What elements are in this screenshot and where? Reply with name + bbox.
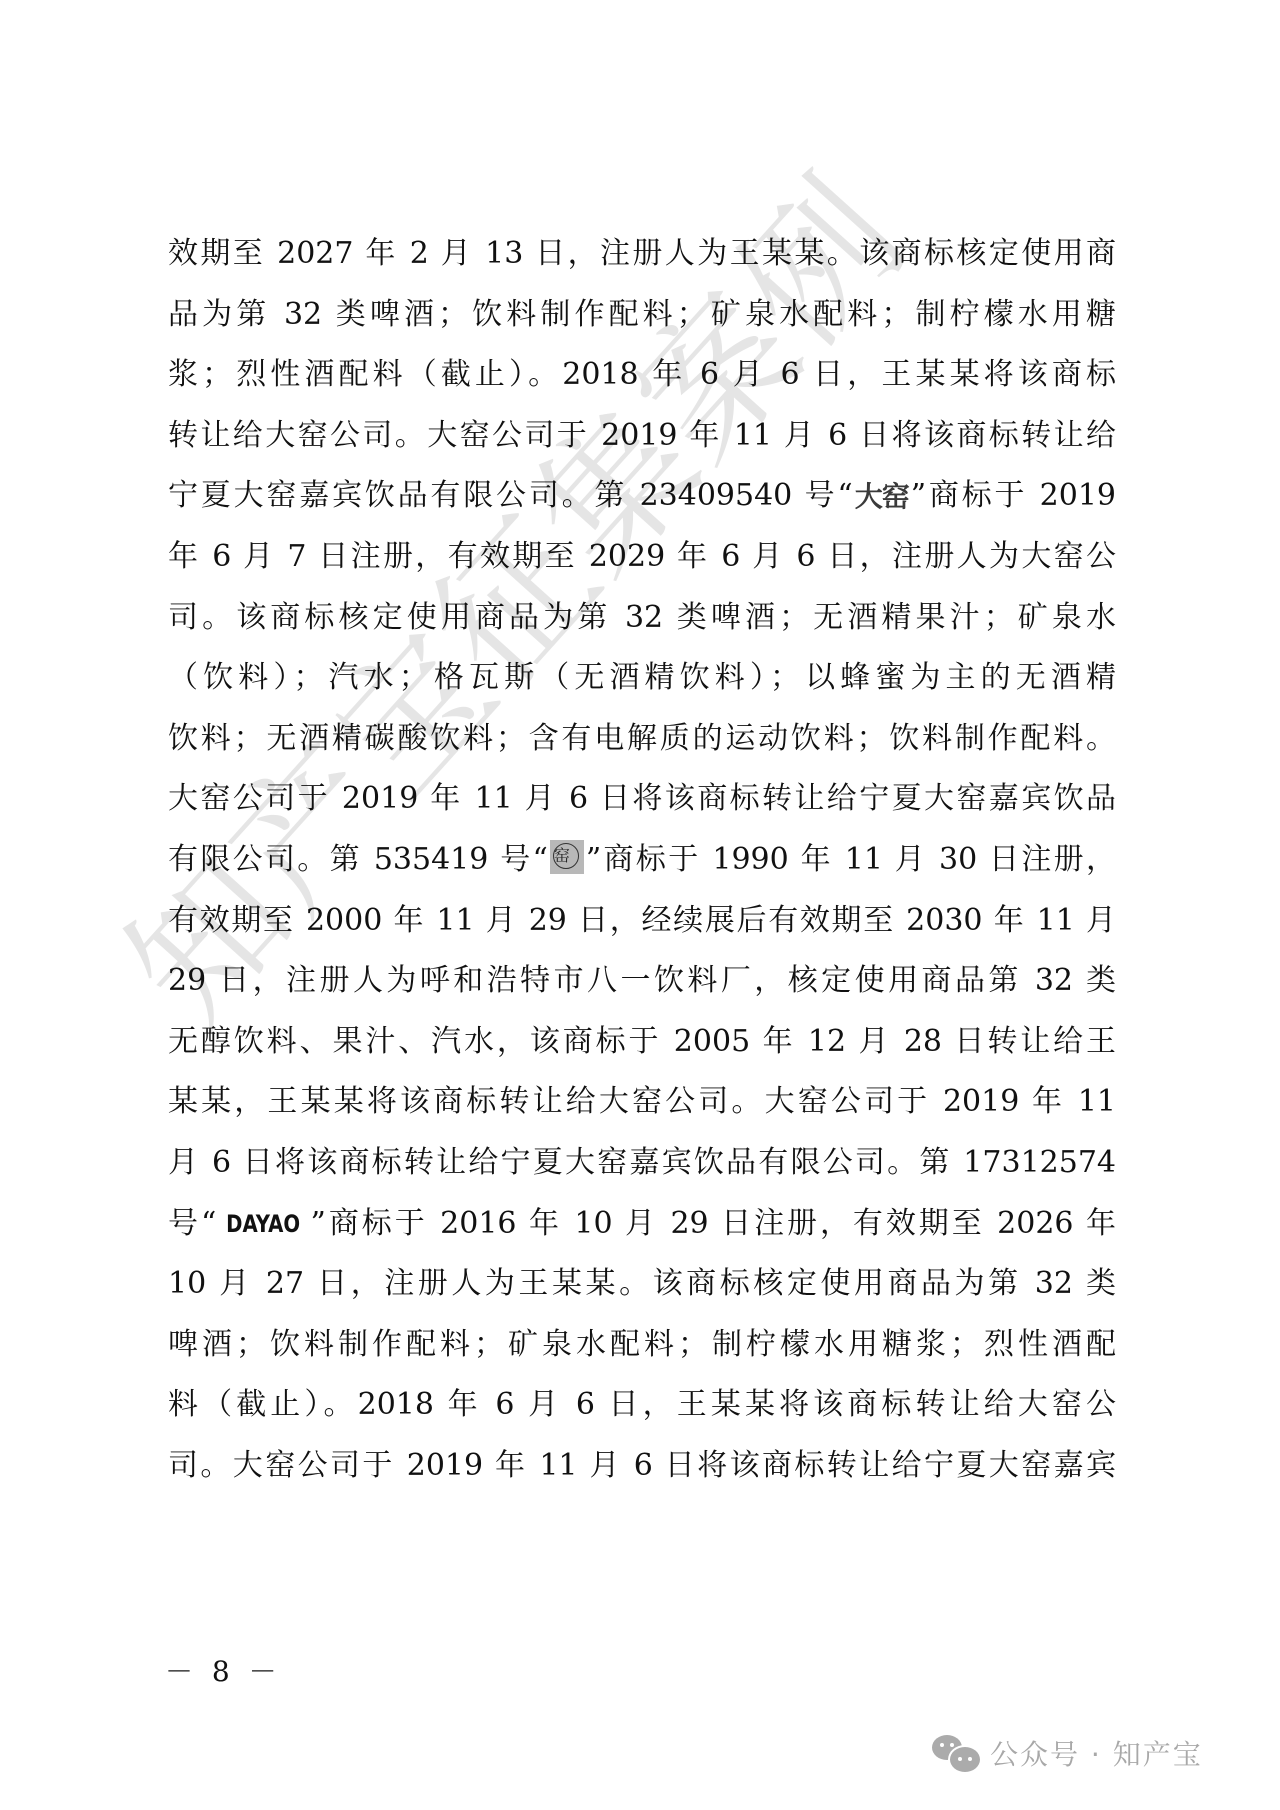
text-line: 宁夏大窑嘉宾饮品有限公司。第 23409540 号“大窑”商标于 2019 xyxy=(168,466,1116,527)
trademark-image-seal: 窑 xyxy=(550,840,584,874)
text-line: 号“DAYAO”商标于 2016 年 10 月 29 日注册，有效期至 2026… xyxy=(168,1194,1116,1255)
body-paragraph: 效期至 2027 年 2 月 13 日，注册人为王某某。该商标核定使用商 品为第… xyxy=(168,224,1116,1496)
text-line: 料（截止）。2018 年 6 月 6 日，王某某将该商标转让给大窑公 xyxy=(168,1375,1116,1436)
trademark-image-dayao-chinese: 大窑 xyxy=(855,481,909,513)
text-line: 司。大窑公司于 2019 年 11 月 6 日将该商标转让给宁夏大窑嘉宾 xyxy=(168,1436,1116,1497)
text-line: 有效期至 2000 年 11 月 29 日，经续展后有效期至 2030 年 11… xyxy=(168,891,1116,952)
wechat-account-footer: 公众号 · 知产宝 xyxy=(932,1733,1203,1773)
footer-account-name: 公众号 · 知产宝 xyxy=(990,1733,1203,1773)
text-line: 无醇饮料、果汁、汽水，该商标于 2005 年 12 月 28 日转让给王 xyxy=(168,1012,1116,1073)
text-line: 啤酒；饮料制作配料；矿泉水配料；制柠檬水用糖浆；烈性酒配 xyxy=(168,1315,1116,1376)
text-line: 饮料；无酒精碳酸饮料；含有电解质的运动饮料；饮料制作配料。 xyxy=(168,709,1116,770)
wechat-icon xyxy=(932,1733,980,1773)
text-line: 司。该商标核定使用商品为第 32 类啤酒；无酒精果汁；矿泉水 xyxy=(168,588,1116,649)
text-line: 10 月 27 日，注册人为王某某。该商标核定使用商品为第 32 类 xyxy=(168,1254,1116,1315)
text-line: 某某，王某某将该商标转让给大窑公司。大窑公司于 2019 年 11 xyxy=(168,1072,1116,1133)
text-line: （饮料）；汽水；格瓦斯（无酒精饮料）；以蜂蜜为主的无酒精 xyxy=(168,648,1116,709)
text-line: 月 6 日将该商标转让给宁夏大窑嘉宾饮品有限公司。第 17312574 xyxy=(168,1133,1116,1194)
document-page: 知产宝征集案例 效期至 2027 年 2 月 13 日，注册人为王某某。该商标核… xyxy=(0,0,1280,1810)
trademark-image-dayao-english: DAYAO xyxy=(226,1194,300,1255)
text-line: 大窑公司于 2019 年 11 月 6 日将该商标转让给宁夏大窑嘉宾饮品 xyxy=(168,769,1116,830)
page-number: － 8 － xyxy=(165,1650,277,1690)
text-line: 年 6 月 7 日注册，有效期至 2029 年 6 月 6 日，注册人为大窑公 xyxy=(168,527,1116,588)
text-line: 有限公司。第 535419 号“窑”商标于 1990 年 11 月 30 日注册… xyxy=(168,830,1116,891)
text-line: 转让给大窑公司。大窑公司于 2019 年 11 月 6 日将该商标转让给 xyxy=(168,406,1116,467)
text-line: 29 日，注册人为呼和浩特市八一饮料厂，核定使用商品第 32 类 xyxy=(168,951,1116,1012)
text-line: 浆；烈性酒配料（截止）。2018 年 6 月 6 日，王某某将该商标 xyxy=(168,345,1116,406)
seal-glyph: 窑 xyxy=(553,843,579,869)
text-line: 品为第 32 类啤酒；饮料制作配料；矿泉水配料；制柠檬水用糖 xyxy=(168,285,1116,346)
text-line: 效期至 2027 年 2 月 13 日，注册人为王某某。该商标核定使用商 xyxy=(168,224,1116,285)
